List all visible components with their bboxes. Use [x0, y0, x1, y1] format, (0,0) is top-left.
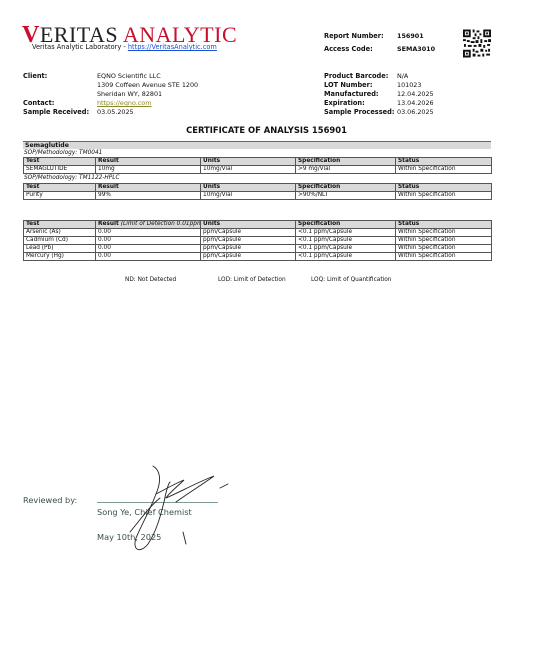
cell-result: 0.00	[96, 229, 201, 237]
cell-result: 10mg	[96, 166, 201, 174]
sample-received: 03.05.2025	[97, 108, 134, 116]
col-test: Test	[24, 158, 96, 166]
table-row: Lead (Pb)0.00ppm/Capsule<0.1 ppm/Capsule…	[24, 245, 492, 253]
handwritten-signature-icon	[120, 462, 230, 557]
access-code: SEMA3010	[397, 45, 435, 53]
table-row: SEMAGLUTIDE 10mg 10mg/Vial >9 mg/Vial Wi…	[24, 166, 492, 174]
manufactured-label: Manufactured:	[324, 90, 379, 98]
col-status: Status	[396, 184, 492, 192]
section-header: Semaglutide	[23, 141, 491, 149]
tagline-text: Veritas Analytic Laboratory -	[32, 43, 128, 51]
cell-specification: >9 mg/Vial	[296, 166, 396, 174]
client-address-line1: 1309 Coffeen Avenue STE 1200	[97, 81, 198, 89]
cell-test: SEMAGLUTIDE	[24, 166, 96, 174]
cell-result: 0.00	[96, 245, 201, 253]
contact-label: Contact:	[23, 99, 54, 107]
sop-methodology: SOP/Methodology: TM0041	[24, 150, 102, 156]
cell-test: Cadmium (Cd)	[24, 237, 96, 245]
cell-result: 0.00	[96, 253, 201, 261]
expiration-label: Expiration:	[324, 99, 365, 107]
col-specification: Specification	[296, 221, 396, 229]
report-number: 156901	[397, 32, 424, 40]
tagline: Veritas Analytic Laboratory - https://Ve…	[32, 43, 217, 51]
col-specification: Specification	[296, 158, 396, 166]
heavy-metals-table: Test Result (Limit of Detection 0.01ppm)…	[23, 220, 492, 261]
table-header-row: Test Result (Limit of Detection 0.01ppm)…	[24, 221, 492, 229]
col-status: Status	[396, 158, 492, 166]
access-code-label: Access Code:	[324, 45, 373, 53]
table-row: Arsenic (As)0.00ppm/Capsule<0.1 ppm/Caps…	[24, 229, 492, 237]
lot-number: 101023	[397, 81, 421, 89]
cell-test: Mercury (Hg)	[24, 253, 96, 261]
barcode: N/A	[397, 72, 408, 80]
col-result-label: Result	[98, 221, 119, 227]
lot-label: LOT Number:	[324, 81, 373, 89]
table-row: Cadmium (Cd)0.00ppm/Capsule<0.1 ppm/Caps…	[24, 237, 492, 245]
col-result: Result	[96, 158, 201, 166]
table-header-row: Test Result Units Specification Status	[24, 158, 492, 166]
cell-test: Purity	[24, 192, 96, 200]
client-label: Client:	[23, 72, 47, 80]
cell-specification: <0.1 ppm/Capsule	[296, 253, 396, 261]
report-number-label: Report Number:	[324, 32, 384, 40]
cell-status: Within Specification	[396, 192, 492, 200]
qr-code-icon	[463, 29, 491, 58]
sample-received-label: Sample Received:	[23, 108, 89, 116]
col-specification: Specification	[296, 184, 396, 192]
cell-units: 10mg/Vial	[201, 166, 296, 174]
cell-status: Within Specification	[396, 237, 492, 245]
cell-units: ppm/Capsule	[201, 229, 296, 237]
lod-note: (Limit of Detection 0.01ppm)	[121, 221, 201, 227]
cell-status: Within Specification	[396, 229, 492, 237]
reviewed-by-label: Reviewed by:	[23, 495, 77, 505]
cell-status: Within Specification	[396, 245, 492, 253]
col-units: Units	[201, 158, 296, 166]
cell-test: Lead (Pb)	[24, 245, 96, 253]
cell-specification: <0.1 ppm/Capsule	[296, 229, 396, 237]
cell-status: Within Specification	[396, 166, 492, 174]
col-test: Test	[24, 184, 96, 192]
assay-table: Test Result Units Specification Status S…	[23, 157, 492, 174]
website-link[interactable]: https://VeritasAnalytic.com	[128, 43, 217, 51]
col-units: Units	[201, 221, 296, 229]
cell-units: ppm/Capsule	[201, 253, 296, 261]
cell-units: ppm/Capsule	[201, 237, 296, 245]
col-result: Result	[96, 184, 201, 192]
processed-label: Sample Processed:	[324, 108, 395, 116]
barcode-label: Product Barcode:	[324, 72, 388, 80]
manufactured-date: 12.04.2025	[397, 90, 434, 98]
purity-table: Test Result Units Specification Status P…	[23, 183, 492, 200]
cell-result: 0.00	[96, 237, 201, 245]
expiration-date: 13.04.2026	[397, 99, 434, 107]
processed-date: 03.06.2025	[397, 108, 434, 116]
table-row: Mercury (Hg)0.00ppm/Capsule<0.1 ppm/Caps…	[24, 253, 492, 261]
cell-result: 99%	[96, 192, 201, 200]
cell-specification: <0.1 ppm/Capsule	[296, 237, 396, 245]
table-header-row: Test Result Units Specification Status	[24, 184, 492, 192]
client-name: EQNO Scientific LLC	[97, 72, 161, 80]
sop-methodology: SOP/Methodology: TM1122-HPLC	[24, 175, 120, 181]
client-address-line2: Sheridan WY, 82801	[97, 90, 162, 98]
contact-link[interactable]: https://eqno.com	[97, 99, 151, 107]
table-row: Purity 99% 10mg/Vial >90%/NLT Within Spe…	[24, 192, 492, 200]
cell-specification: >90%/NLT	[296, 192, 396, 200]
col-test: Test	[24, 221, 96, 229]
cell-units: ppm/Capsule	[201, 245, 296, 253]
col-status: Status	[396, 221, 492, 229]
legend-nd: ND: Not Detected	[125, 277, 176, 283]
col-result: Result (Limit of Detection 0.01ppm)	[96, 221, 201, 229]
legend-lod: LOD: Limit of Detection	[218, 277, 286, 283]
legend-loq: LOQ: Limit of Quantification	[311, 277, 391, 283]
cell-test: Arsenic (As)	[24, 229, 96, 237]
cell-units: 10mg/Vial	[201, 192, 296, 200]
col-units: Units	[201, 184, 296, 192]
cell-specification: <0.1 ppm/Capsule	[296, 245, 396, 253]
cell-status: Within Specification	[396, 253, 492, 261]
document-title: CERTIFICATE OF ANALYSIS 156901	[0, 125, 533, 135]
